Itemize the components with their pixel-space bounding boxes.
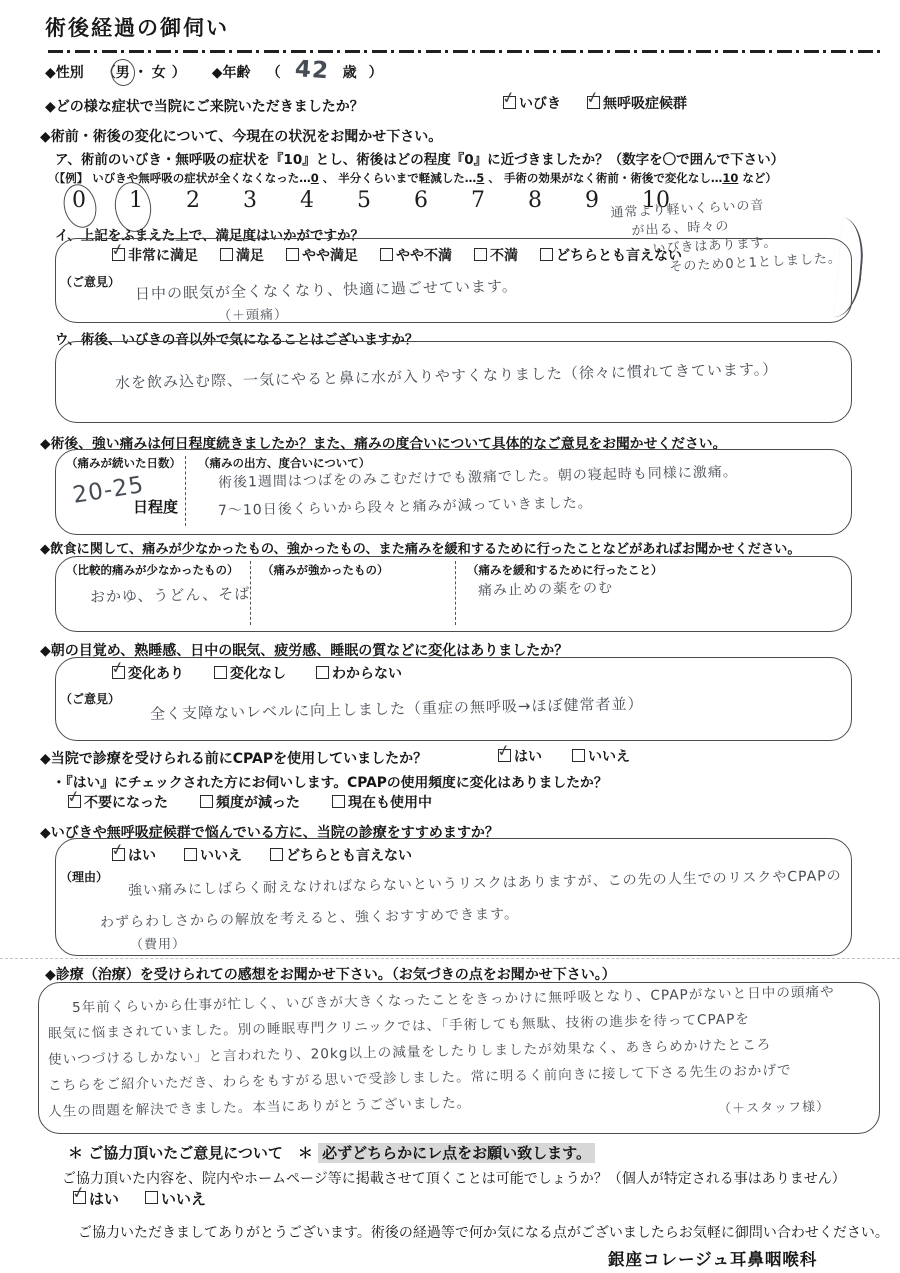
opinion-label: （ご意見） — [60, 273, 120, 290]
checkbox-icon — [145, 1191, 158, 1204]
checkbox-recommend-iie[interactable]: いいえ — [184, 845, 242, 865]
checkbox-label: わからない — [332, 663, 402, 683]
change-heading: ◆術前・術後の変化について、今現在の状況をお聞かせ下さい。 — [40, 126, 442, 146]
gender-male-label: 男 — [116, 65, 130, 81]
checkbox-icon — [316, 666, 329, 679]
checkbox-yaya-fuman[interactable]: やや不満 — [380, 245, 452, 265]
scale-5[interactable]: 5 — [357, 188, 414, 213]
header-divider — [48, 50, 880, 53]
page-title: 術後経過の御伺い — [45, 12, 229, 42]
scale-2[interactable]: 2 — [186, 188, 243, 213]
age-unit: 歳 — [343, 62, 357, 82]
checkbox-manzoku[interactable]: 満足 — [220, 245, 264, 265]
gender-separator: ・ — [134, 62, 148, 82]
checkbox-label: いびき — [519, 93, 561, 113]
checkbox-cpap-iie[interactable]: いいえ — [572, 746, 630, 766]
scale-6[interactable]: 6 — [414, 188, 471, 213]
checkbox-henka-ari[interactable]: 変化あり — [112, 663, 184, 683]
checkbox-icon — [587, 96, 600, 109]
checkbox-label: 不満 — [490, 245, 518, 265]
checkbox-ibiki[interactable]: いびき — [503, 93, 561, 113]
checkbox-label: いいえ — [161, 1188, 206, 1209]
pain-divider — [185, 456, 186, 526]
reason-note: （費用） — [130, 933, 186, 953]
footer-note-highlight: 必ずどちらかにレ点をお願い致します。 — [318, 1143, 595, 1163]
checkbox-recommend-hai[interactable]: はい — [112, 845, 156, 865]
checkbox-label: 現在も使用中 — [348, 792, 432, 812]
checkbox-dochira-tomo[interactable]: どちらとも言えない — [540, 245, 682, 265]
checkbox-icon — [112, 848, 125, 861]
scale-1-circled[interactable]: 1 — [129, 188, 186, 213]
food-question: ◆飲食に関して、痛みが少なかったもの、強かったもの、また痛みを緩和するために行っ… — [40, 538, 801, 557]
checkbox-label: はい — [89, 1188, 119, 1209]
checkbox-label: やや満足 — [302, 245, 358, 265]
checkbox-label: 無呼吸症候群 — [603, 93, 687, 113]
gender-female-label[interactable]: 女 — [152, 62, 166, 82]
checkbox-publish-iie[interactable]: いいえ — [145, 1188, 206, 1209]
scale-7[interactable]: 7 — [471, 188, 528, 213]
symptom-question: ◆どの様な症状で当院にご来院いただきましたか？ — [45, 96, 364, 116]
checkbox-label: どちらとも言えない — [286, 845, 412, 865]
checkbox-icon — [112, 666, 125, 679]
checkbox-icon — [214, 666, 227, 679]
checkbox-label: 不要になった — [84, 792, 168, 812]
checkbox-icon — [220, 248, 233, 261]
checkbox-icon — [270, 848, 283, 861]
checkbox-icon — [503, 96, 516, 109]
checkbox-label: いいえ — [588, 746, 630, 766]
checkbox-label: 変化あり — [128, 663, 184, 683]
gender-male-circled[interactable]: 男 — [116, 62, 130, 82]
checkbox-label: はい — [514, 746, 542, 766]
checkbox-hijou-ni-manzoku[interactable]: 非常に満足 — [112, 245, 198, 265]
checkbox-label: どちらとも言えない — [556, 245, 682, 265]
gender-label: ◆性別 — [45, 62, 84, 82]
checkbox-icon — [498, 749, 511, 762]
checkbox-label: いいえ — [200, 845, 242, 865]
checkbox-icon — [112, 248, 125, 261]
checkbox-label: 頻度が減った — [216, 792, 300, 812]
pain-days-unit: 日程度 — [133, 496, 178, 517]
checkbox-icon — [572, 749, 585, 762]
checkbox-label: はい — [128, 845, 156, 865]
questionnaire-page: 術後経過の御伺い ◆性別 （ 男 ・ 女 ） ◆年齢 （ 42 歳 ） ◆どの様… — [0, 0, 900, 1273]
scale-4[interactable]: 4 — [300, 188, 357, 213]
checkbox-wakaranai[interactable]: わからない — [316, 663, 402, 683]
checkbox-icon — [200, 795, 213, 808]
impression-note: （＋スタッフ様） — [718, 1096, 830, 1117]
checkbox-fuman[interactable]: 不満 — [474, 245, 518, 265]
pain-days-label: （痛みが続いた日数） — [66, 455, 181, 471]
rating-scale: 012345678910 — [72, 188, 699, 213]
footer-note: ＊ ご協力頂いたご意見について ＊ 必ずどちらかにレ点をお願い致します。 — [68, 1142, 595, 1163]
cpap-followup-question: ・『はい』にチェックされた方にお伺いします。CPAPの使用頻度に変化はありました… — [52, 771, 608, 791]
food-col1-answer: おかゆ、うどん、そば — [90, 583, 251, 607]
checkbox-hindo-ga-hetta[interactable]: 頻度が減った — [200, 792, 300, 812]
age-paren-close: ） — [369, 62, 383, 82]
checkbox-icon — [380, 248, 393, 261]
thanks-message: ご協力いただきましてありがとうございます。術後の経過等で何か気になる点がございま… — [78, 1222, 889, 1242]
footer-note-prefix: ＊ ご協力頂いたご意見について ＊ — [68, 1144, 313, 1162]
cpap-question: ◆当院で診療を受けられる前にCPAPを使用していましたか？ — [40, 748, 427, 768]
section-divider — [0, 958, 900, 959]
age-label: ◆年齢 — [212, 62, 251, 82]
checkbox-fuyou-ni-natta[interactable]: 不要になった — [68, 792, 168, 812]
food-divider-2 — [455, 561, 456, 625]
impression-question: ◆診療（治療）を受けられての感想をお聞かせ下さい。（お気づきの点をお聞かせ下さい… — [45, 964, 616, 984]
checkbox-icon — [474, 248, 487, 261]
checkbox-publish-hai[interactable]: はい — [73, 1188, 119, 1209]
checkbox-icon — [184, 848, 197, 861]
age-paren-open: （ — [267, 62, 281, 82]
checkbox-cpap-hai[interactable]: はい — [498, 746, 542, 766]
checkbox-mukokyuu[interactable]: 無呼吸症候群 — [587, 93, 687, 113]
checkbox-icon — [332, 795, 345, 808]
checkbox-label: 満足 — [236, 245, 264, 265]
checkbox-icon — [73, 1191, 86, 1204]
checkbox-icon — [540, 248, 553, 261]
gender-paren-close: ） — [172, 62, 186, 82]
food-col2-label: （痛みが強かったもの） — [262, 562, 389, 578]
change-example: （【例】 いびきや無呼吸の症状が全くなくなった…0 、 半分くらいまで軽減した…… — [48, 170, 777, 186]
checkbox-genzai-mo-shiyouchuu[interactable]: 現在も使用中 — [332, 792, 432, 812]
scale-8[interactable]: 8 — [528, 188, 585, 213]
satisfaction-answer-note: （＋頭痛） — [218, 304, 288, 324]
checkbox-recommend-dochira[interactable]: どちらとも言えない — [270, 845, 412, 865]
checkbox-icon — [286, 248, 299, 261]
sleep-opinion-label: （ご意見） — [60, 690, 120, 707]
checkbox-label: 非常に満足 — [128, 245, 198, 265]
scale-3[interactable]: 3 — [243, 188, 300, 213]
clinic-name: 銀座コレージュ耳鼻咽喉科 — [608, 1246, 817, 1270]
food-col1-label: （比較的痛みが少なかったもの） — [66, 562, 239, 578]
checkbox-label: 変化なし — [230, 663, 286, 683]
checkbox-label: やや不満 — [396, 245, 452, 265]
publish-question: ご協力頂いた内容を、院内やホームページ等に掲載させて頂くことは可能でしょうか？（… — [62, 1168, 846, 1188]
age-value: 42 — [294, 56, 330, 84]
food-col3-label: （痛みを緩和するために行ったこと） — [467, 562, 663, 578]
food-col3-answer: 痛み止めの薬をのむ — [478, 577, 613, 600]
change-question-a: ア、術前のいびき・無呼吸の症状を『10』とし、術後はどの程度『0』に近づきました… — [55, 148, 784, 168]
checkbox-henka-nashi[interactable]: 変化なし — [214, 663, 286, 683]
checkbox-yaya-manzoku[interactable]: やや満足 — [286, 245, 358, 265]
checkbox-icon — [68, 795, 81, 808]
reason-label: （理由） — [60, 868, 108, 885]
